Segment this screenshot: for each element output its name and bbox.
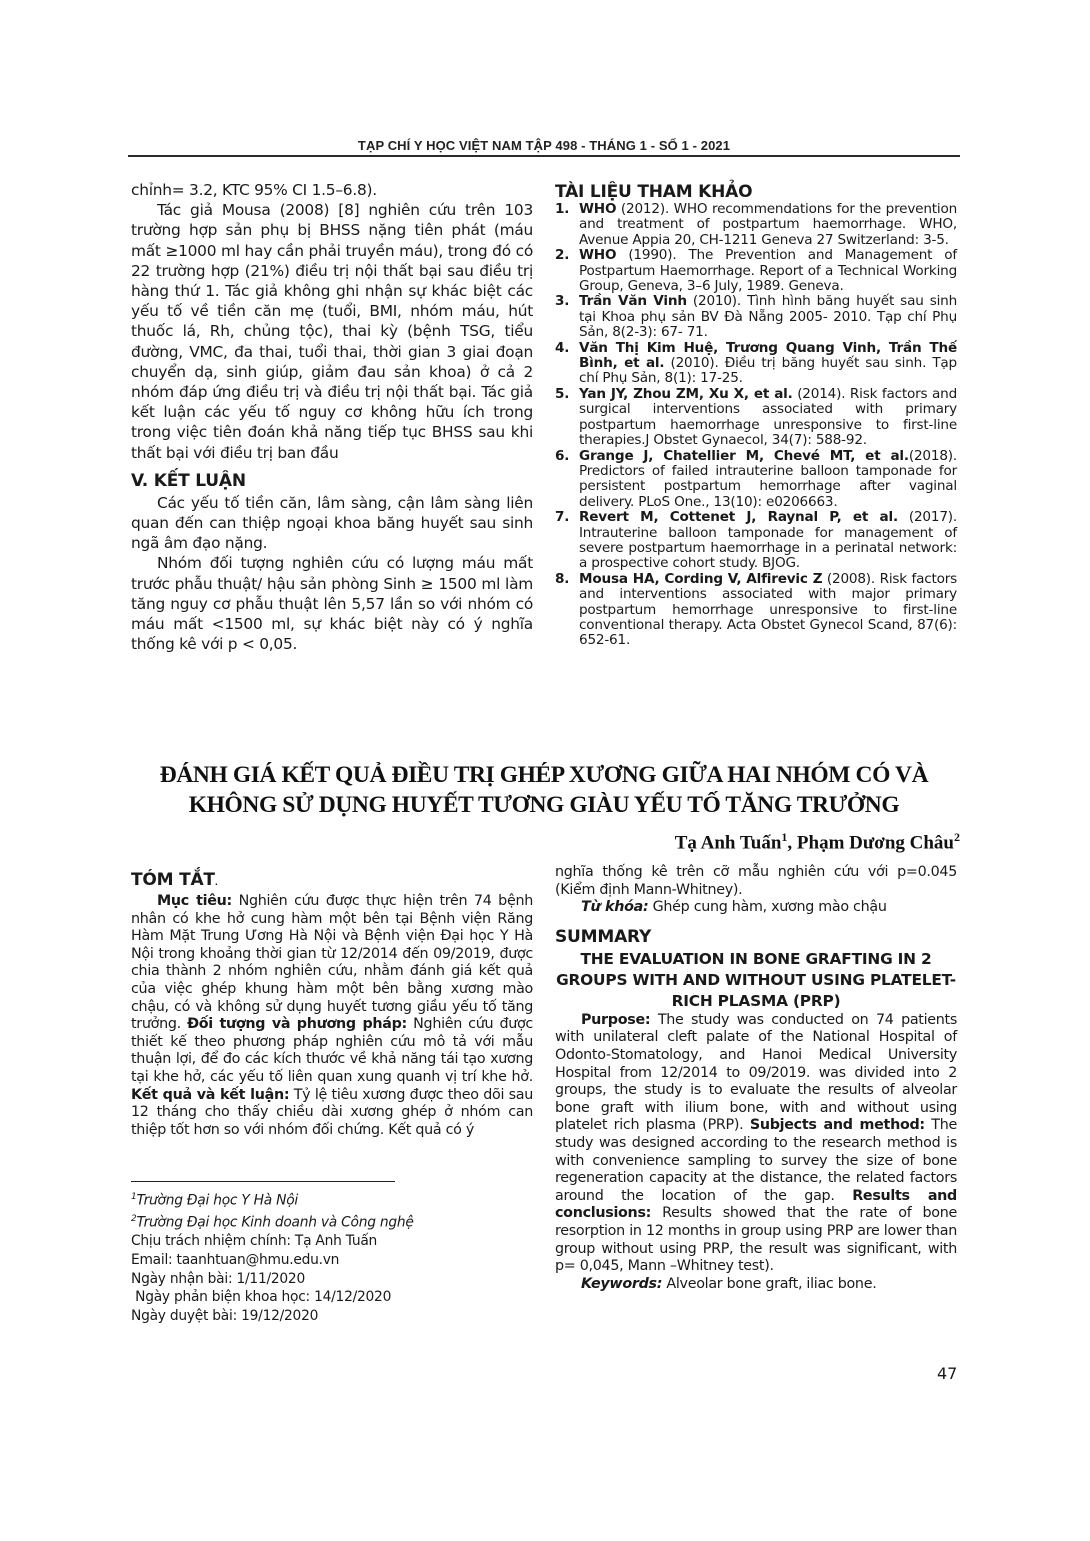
- keywords-text: Alveolar bone graft, iliac bone.: [662, 1276, 876, 1292]
- conclusion-paragraph: Các yếu tố tiền căn, lâm sàng, cận lâm s…: [131, 493, 533, 554]
- purpose-label: Purpose:: [581, 1012, 650, 1028]
- reference-authors: WHO: [579, 247, 616, 263]
- summary-heading: SUMMARY: [555, 927, 957, 947]
- references-section: TÀI LIỆU THAM KHẢO 1.WHO (2012). WHO rec…: [555, 180, 957, 649]
- reference-number: 5.: [555, 387, 569, 402]
- author-name: Tạ Anh Tuấn: [675, 832, 782, 853]
- prev-article-paragraph: chỉnh= 3.2, KTC 95% CI 1.5–6.8).: [131, 180, 533, 200]
- reference-authors: Yan JY, Zhou ZM, Xu X, et al.: [579, 386, 793, 402]
- objective-label: Mục tiêu:: [157, 893, 232, 909]
- reference-item: 4.Văn Thị Kim Huệ, Trương Quang Vinh, Tr…: [555, 341, 957, 387]
- reference-item: 5.Yan JY, Zhou ZM, Xu X, et al. (2014). …: [555, 387, 957, 449]
- author-name: Phạm Dương Châu: [797, 832, 954, 853]
- affiliation-text: Trường Đại học Kinh doanh và Công nghệ: [136, 1215, 413, 1231]
- summary-title: THE EVALUATION IN BONE GRAFTING IN 2 GRO…: [555, 949, 957, 1012]
- keywords-label: Keywords:: [581, 1276, 662, 1292]
- summary-paragraph: Purpose: The study was conducted on 74 p…: [555, 1012, 957, 1276]
- abstract-continuation: nghĩa thống kê trên cỡ mẫu nghiên cứu vớ…: [555, 864, 957, 899]
- affiliation-2: 2Trường Đại học Kinh doanh và Công nghệ: [131, 1210, 533, 1232]
- date-accepted: Ngày duyệt bài: 19/12/2020: [131, 1307, 533, 1326]
- corresponding-author: Chịu trách nhiệm chính: Tạ Anh Tuấn: [131, 1232, 533, 1251]
- reference-item: 1.WHO (2012). WHO recommendations for th…: [555, 202, 957, 248]
- date-reviewed: Ngày phản biện khoa học: 14/12/2020: [131, 1288, 533, 1307]
- methods-label: Đối tượng và phương pháp:: [187, 1016, 407, 1032]
- article-title-line: ĐÁNH GIÁ KẾT QUẢ ĐIỀU TRỊ GHÉP XƯƠNG GIỮ…: [128, 760, 960, 790]
- abstract-continuation-and-summary: nghĩa thống kê trên cỡ mẫu nghiên cứu vớ…: [555, 864, 957, 1293]
- article-title: ĐÁNH GIÁ KẾT QUẢ ĐIỀU TRỊ GHÉP XƯƠNG GIỮ…: [128, 760, 960, 820]
- reference-authors: Trần Văn Vinh: [579, 293, 687, 309]
- footnotes: 1Trường Đại học Y Hà Nội 2Trường Đại học…: [131, 1188, 533, 1325]
- footnote-divider: [131, 1181, 395, 1182]
- reference-number: 7.: [555, 510, 569, 525]
- reference-number: 4.: [555, 341, 569, 356]
- running-header: TẠP CHÍ Y HỌC VIỆT NAM TẬP 498 - THÁNG 1…: [128, 138, 960, 153]
- affiliation-1: 1Trường Đại học Y Hà Nội: [131, 1188, 533, 1210]
- article-title-line: KHÔNG SỬ DỤNG HUYẾT TƯƠNG GIÀU YẾU TỐ TĂ…: [128, 790, 960, 820]
- prev-article-paragraph: Tác giả Mousa (2008) [8] nghiên cứu trên…: [131, 200, 533, 463]
- results-label: Kết quả và kết luận:: [131, 1087, 289, 1103]
- header-rule: [128, 155, 960, 157]
- reference-authors: WHO: [579, 201, 616, 217]
- reference-item: 3.Trần Văn Vinh (2010). Tình hình băng h…: [555, 294, 957, 340]
- purpose-text: The study was conducted on 74 patients w…: [555, 1012, 957, 1134]
- keywords-text: Ghép cung hàm, xương mào chậu: [648, 899, 886, 915]
- keywords-en: Keywords: Alveolar bone graft, iliac bon…: [555, 1276, 957, 1294]
- email-link[interactable]: Email: taanhtuan@hmu.edu.vn: [131, 1251, 533, 1270]
- references-list: 1.WHO (2012). WHO recommendations for th…: [555, 202, 957, 649]
- reference-item: 8.Mousa HA, Cording V, Alfirevic Z (2008…: [555, 572, 957, 649]
- author-affiliation-marker: 2: [954, 830, 960, 844]
- reference-authors: Grange J, Chatellier M, Chevé MT, et al.: [579, 448, 909, 464]
- reference-text: (1990). The Prevention and Management of…: [579, 247, 957, 294]
- reference-number: 2.: [555, 248, 569, 263]
- abstract-vi: TÓM TẮT. Mục tiêu: Nghiên cứu được thực …: [131, 870, 533, 1139]
- reference-number: 3.: [555, 294, 569, 309]
- date-received: Ngày nhận bài: 1/11/2020: [131, 1270, 533, 1289]
- page-number: 47: [937, 1364, 957, 1383]
- reference-item: 7.Revert M, Cottenet J, Raynal P, et al.…: [555, 510, 957, 572]
- keywords-label: Từ khóa:: [581, 899, 648, 915]
- abstract-heading: TÓM TẮT.: [131, 870, 533, 890]
- reference-number: 6.: [555, 449, 569, 464]
- objective-text: Nghiên cứu được thực hiện trên 74 bệnh n…: [131, 893, 533, 1032]
- conclusion-paragraph: Nhóm đối tượng nghiên cứu có lượng máu m…: [131, 553, 533, 654]
- author-separator: ,: [787, 832, 797, 853]
- prev-article-left-column: chỉnh= 3.2, KTC 95% CI 1.5–6.8). Tác giả…: [131, 180, 533, 654]
- reference-text: (2012). WHO recommendations for the prev…: [579, 201, 957, 248]
- reference-item: 2.WHO (1990). The Prevention and Managem…: [555, 248, 957, 294]
- reference-number: 8.: [555, 572, 569, 587]
- keywords-vi: Từ khóa: Ghép cung hàm, xương mào chậu: [555, 899, 957, 917]
- reference-number: 1.: [555, 202, 569, 217]
- conclusion-heading: V. KẾT LUẬN: [131, 471, 533, 491]
- methods-label: Subjects and method:: [750, 1117, 925, 1133]
- reference-authors: Mousa HA, Cording V, Alfirevic Z: [579, 571, 822, 587]
- reference-item: 6.Grange J, Chatellier M, Chevé MT, et a…: [555, 449, 957, 511]
- affiliation-text: Trường Đại học Y Hà Nội: [136, 1193, 298, 1209]
- abstract-paragraph: Mục tiêu: Nghiên cứu được thực hiện trên…: [131, 893, 533, 1139]
- abstract-heading-text: TÓM TẮT: [131, 870, 215, 890]
- references-heading: TÀI LIỆU THAM KHẢO: [555, 182, 957, 202]
- abstract-heading-trail: .: [215, 878, 218, 887]
- article-authors: Tạ Anh Tuấn1, Phạm Dương Châu2: [675, 830, 960, 854]
- reference-authors: Revert M, Cottenet J, Raynal P, et al.: [579, 509, 898, 525]
